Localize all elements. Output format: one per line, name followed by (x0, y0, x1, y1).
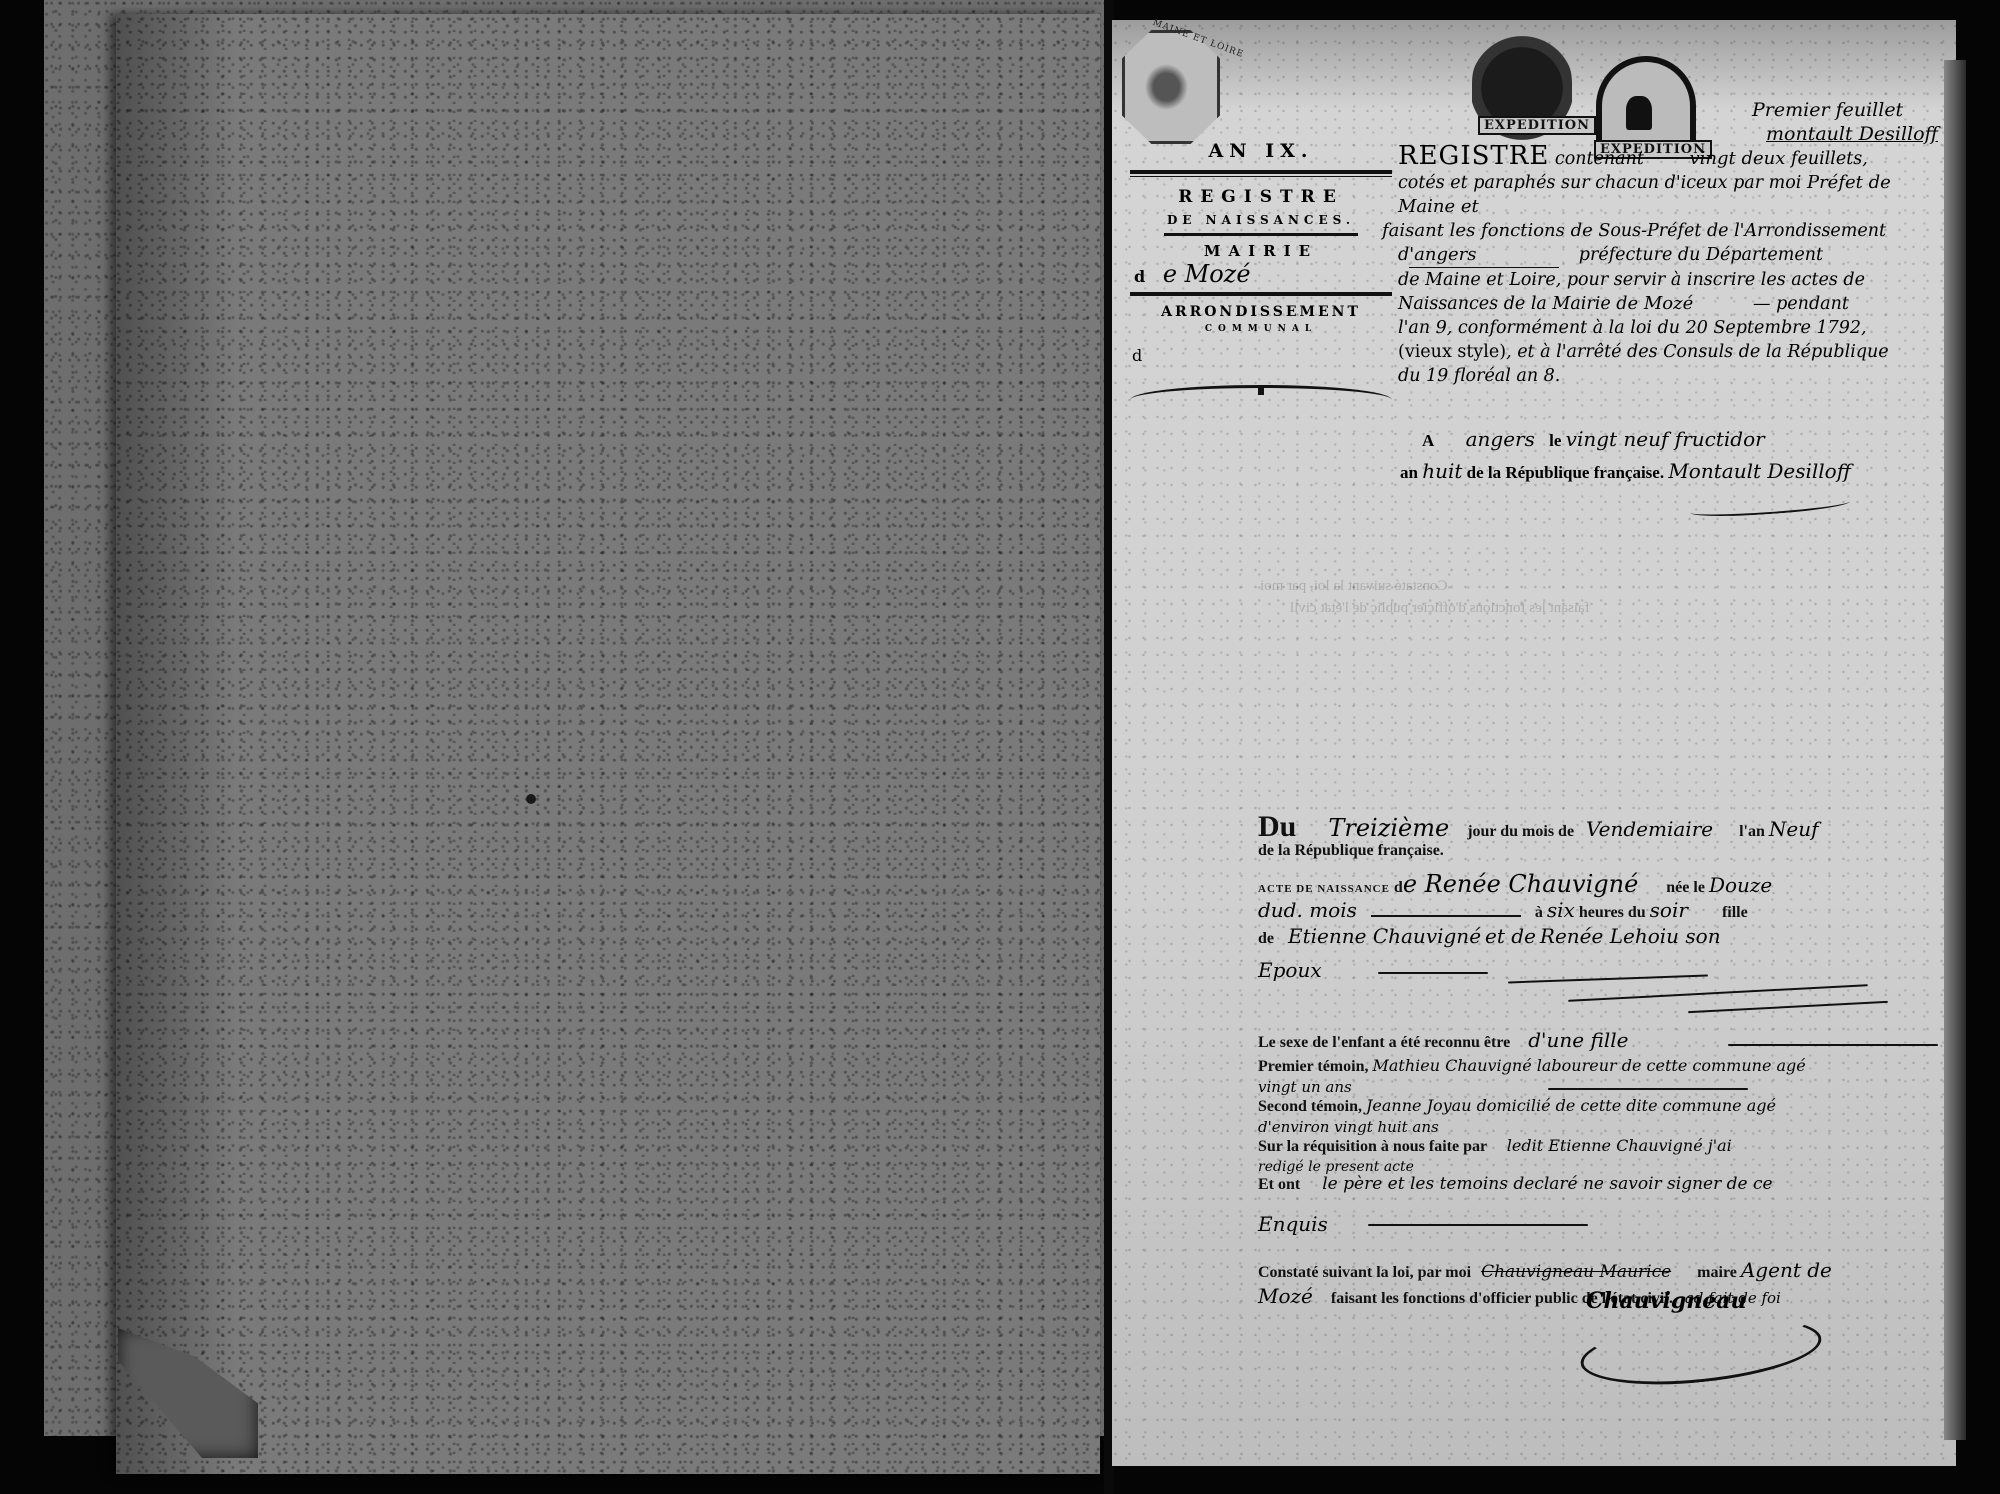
year-heading: AN IX. (1130, 140, 1392, 162)
sexe-handwritten: d'une fille (1528, 1028, 1628, 1052)
fill-stroke (1728, 1044, 1938, 1046)
act-republic-line: de la République française. (1258, 842, 1938, 870)
prefect-signature: Montault Desilloff (1668, 459, 1851, 483)
preamble-line5: de Maine et Loire, pour servir à inscrir… (1398, 268, 1898, 292)
preamble-line6-print-b: — pendant (1753, 294, 1849, 314)
mairie-label: MAIRIE (1130, 242, 1392, 260)
blank-line (1371, 915, 1521, 917)
premier-temoin-label: Premier témoin, (1258, 1058, 1368, 1075)
birth-act: Du Treizième jour du mois de Vendemiaire… (1258, 810, 1938, 1310)
register-signoff: A angers le vingt neuf fructidor an huit… (1412, 424, 1932, 488)
birth-day-handwritten: Douze (1709, 873, 1772, 897)
signoff-date-handwritten: vingt neuf fructidor (1566, 427, 1765, 451)
signoff-an: an (1400, 463, 1418, 482)
et-de-handwritten: et de (1485, 924, 1536, 948)
heures-du-label: heures du (1579, 904, 1646, 921)
bleed-through-text: Constaté suivant la loi, par moi (1260, 578, 1447, 595)
enquis-handwritten: Enquis (1258, 1212, 1328, 1236)
act-month-handwritten: Vendemiaire (1586, 817, 1713, 841)
mother-name-handwritten: Renée Lehoiu son (1540, 924, 1721, 948)
single-rule (1164, 233, 1358, 236)
preamble-line4-prefix: d (1398, 245, 1409, 265)
prefecture-city-handwritten: 'angers (1409, 243, 1559, 268)
time-of-day-handwritten: soir (1650, 898, 1688, 922)
commune-role-handwritten: Agent de (1741, 1258, 1832, 1282)
de-label: de (1258, 930, 1274, 947)
feuillets-text: feuillets, (1791, 149, 1868, 169)
communal-label: COMMUNAL (1130, 324, 1392, 334)
birth-month-handwritten: dud. mois (1258, 898, 1357, 922)
commune-name-handwritten: e Mozé (1627, 292, 1747, 316)
signoff-a: A (1422, 431, 1433, 450)
preamble-line7: l'an 9, conformément à la loi du 20 Sept… (1398, 316, 1898, 340)
epoux-handwritten: Epoux (1258, 958, 1322, 982)
requisition-label: Sur la réquisition à nous faite par (1258, 1138, 1487, 1155)
signoff-le: le (1549, 431, 1561, 450)
commune-name-handwritten: Mozé (1258, 1284, 1313, 1308)
act-jour-du-mois: jour du mois de (1467, 823, 1574, 840)
bell-stamp-figure-icon (1626, 96, 1652, 130)
second-temoin-label: Second témoin, (1258, 1098, 1362, 1115)
margin-note-line1: Premier feuillet (1752, 98, 1938, 122)
fill-stroke (1688, 1001, 1888, 1013)
fill-stroke (1548, 1088, 1748, 1090)
sheet-count-handwritten: vingt deux (1689, 148, 1785, 169)
second-temoin-age-handwritten: d'environ vingt huit ans (1258, 1118, 1439, 1136)
bleed-through-text: faisant les fonctions d'officier public … (1290, 600, 1590, 617)
register-preamble: REGISTRE contenant vingt deux feuillets,… (1398, 144, 1898, 388)
acte-de: d (1394, 879, 1403, 896)
sexe-label: Le sexe de l'enfant a été reconnu être (1258, 1034, 1510, 1051)
preamble-line3-hand: faisant les fonctions de (1382, 220, 1593, 241)
contenant-text: contenant (1555, 149, 1644, 169)
requisition-handwritten: ledit Etienne Chauvigné j'ai (1507, 1136, 1732, 1155)
arrondissement-prefix: d (1130, 346, 1392, 365)
thick-rule (1130, 292, 1392, 296)
premier-temoin-handwritten: Mathieu Chauvigné laboureur de cette com… (1372, 1056, 1805, 1075)
registre-word: REGISTRE (1398, 141, 1549, 171)
father-name-handwritten: Etienne Chauvigné (1288, 924, 1481, 948)
a-label: à (1535, 904, 1543, 921)
preamble-line3-print: Sous-Préfet de l'Arrondissement (1598, 221, 1886, 241)
cover-front-board (116, 14, 1100, 1474)
second-temoin-handwritten: Jeanne Joyau domicilié de cette dite com… (1366, 1096, 1776, 1115)
preamble-line6-print-a: Naissances de la Mairie d (1398, 294, 1627, 314)
act-day-handwritten: Treizième (1328, 814, 1449, 842)
act-year-handwritten: Neuf (1769, 817, 1819, 841)
page-right-edge (1944, 60, 1966, 1440)
mayor-signature: Chauvigneau (1586, 1288, 1747, 1314)
margin-note-line2: montault Desilloff (1752, 122, 1938, 146)
fill-stroke (1378, 972, 1488, 974)
register-header-column: AN IX. REGISTRE DE NAISSANCES. MAIRIE d … (1130, 140, 1392, 400)
et-ont-handwritten: le père et les temoins declaré ne savoir… (1322, 1174, 1772, 1194)
naissances-subtitle: DE NAISSANCES. (1130, 213, 1392, 227)
hour-handwritten: six (1547, 898, 1575, 922)
signoff-republic: de la République française. (1467, 463, 1664, 482)
margin-note: Premier feuillet montault Desilloff (1752, 98, 1938, 146)
officer-name-handwritten: Chauvigneau Maurice (1481, 1262, 1671, 1282)
signoff-place-handwritten: angers (1466, 427, 1535, 451)
double-rule (1130, 170, 1392, 177)
nee-le-label: née le (1666, 879, 1705, 896)
mairie-name-field: d e Mozé (1130, 260, 1392, 288)
act-du-label: Du (1258, 810, 1296, 843)
signoff-year-handwritten: huit (1422, 459, 1462, 483)
child-name-handwritten: e Renée Chauvigné (1403, 870, 1638, 898)
maire-label: maire (1697, 1264, 1737, 1281)
act-lan-label: l'an (1739, 823, 1765, 840)
preamble-line2-print: cotés et paraphés sur chacun d'iceux par… (1398, 173, 1801, 193)
brace-ornament (1130, 385, 1392, 400)
redige-handwritten: redigé le present acte (1258, 1159, 1414, 1175)
wreath-stamp-label: EXPEDITION (1478, 116, 1596, 135)
mairie-name-handwritten: e Mozé (1163, 260, 1251, 288)
preamble-line4-print: préfecture du Département (1579, 245, 1823, 265)
fill-stroke (1368, 1224, 1588, 1226)
preamble-line9: du 19 floréal an 8. (1398, 364, 1898, 388)
arrondissement-label: ARRONDISSEMENT (1130, 304, 1392, 320)
mayor-signature-block: Chauvigneau (1586, 1288, 1747, 1314)
premier-temoin-age-handwritten: vingt un ans (1258, 1078, 1352, 1096)
fill-stroke (1508, 975, 1708, 984)
fille-label: fille (1722, 904, 1748, 921)
vieux-style-text: (vieux style) (1398, 342, 1506, 362)
et-ont-label: Et ont (1258, 1176, 1300, 1193)
registre-title: REGISTRE (1130, 187, 1392, 207)
cover-ink-spot (526, 794, 536, 804)
acte-de-naissance-label: ACTE DE NAISSANCE (1258, 883, 1390, 895)
constate-label: Constaté suivant la loi, par moi (1258, 1264, 1471, 1281)
mairie-prefix: d (1134, 267, 1145, 286)
preamble-line8-italic: , et à l'arrêté des Consuls de la Républ… (1506, 342, 1889, 362)
